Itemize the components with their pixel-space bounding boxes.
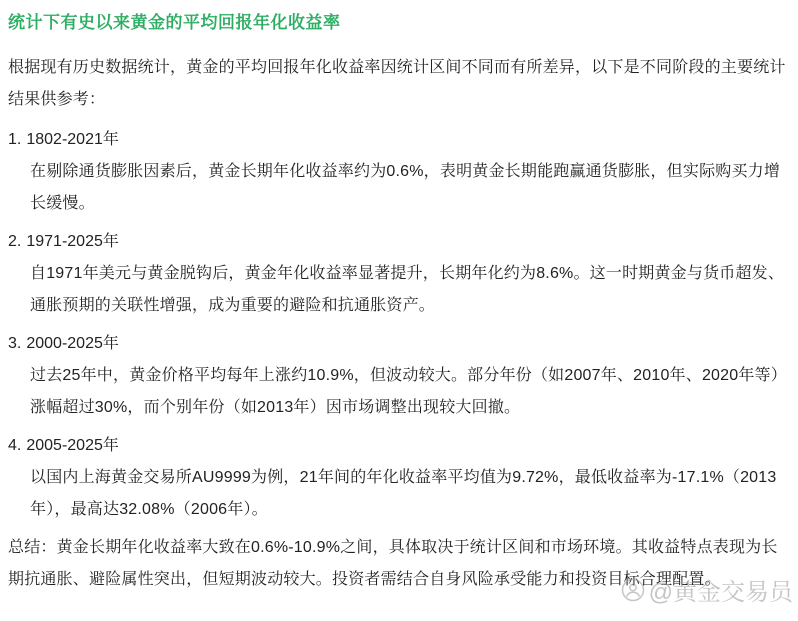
intro-paragraph: 根据现有历史数据统计，黄金的平均回报年化收益率因统计区间不同而有所差异，以下是不…	[8, 52, 790, 116]
list-item-detail: 在剔除通货膨胀因素后，黄金长期年化收益率约为0.6%，表明黄金长期能跑赢通货膨胀…	[8, 156, 790, 220]
list-item-heading: 1.1802-2021年	[8, 124, 790, 156]
summary-paragraph: 总结：黄金长期年化收益率大致在0.6%-10.9%之间，具体取决于统计区间和市场…	[8, 532, 790, 596]
list-item: 1.1802-2021年 在剔除通货膨胀因素后，黄金长期年化收益率约为0.6%，…	[8, 124, 790, 220]
list-item: 3.2000-2025年 过去25年中，黄金价格平均每年上涨约10.9%，但波动…	[8, 328, 790, 424]
list-item-detail: 以国内上海黄金交易所AU9999为例，21年间的年化收益率平均值为9.72%，最…	[8, 462, 790, 526]
list-item: 4.2005-2025年 以国内上海黄金交易所AU9999为例，21年间的年化收…	[8, 430, 790, 526]
list-item-period: 1971-2025年	[26, 233, 119, 250]
list-item-heading: 2.1971-2025年	[8, 226, 790, 258]
article: 统计下有史以来黄金的平均回报年化收益率 根据现有历史数据统计，黄金的平均回报年化…	[0, 0, 798, 596]
list-item-period: 1802-2021年	[26, 131, 119, 148]
list-item-heading: 3.2000-2025年	[8, 328, 790, 360]
page-title: 统计下有史以来黄金的平均回报年化收益率	[8, 10, 790, 36]
stats-list: 1.1802-2021年 在剔除通货膨胀因素后，黄金长期年化收益率约为0.6%，…	[8, 124, 790, 526]
list-item-period: 2000-2025年	[26, 335, 119, 352]
list-item-marker: 1.	[8, 124, 21, 156]
article-page: { "page": { "title": "统计下有史以来黄金的平均回报年化收益…	[0, 0, 798, 621]
list-item-marker: 4.	[8, 430, 21, 462]
list-item: 2.1971-2025年 自1971年美元与黄金脱钩后，黄金年化收益率显著提升，…	[8, 226, 790, 322]
list-item-marker: 3.	[8, 328, 21, 360]
list-item-period: 2005-2025年	[26, 437, 119, 454]
list-item-heading: 4.2005-2025年	[8, 430, 790, 462]
list-item-marker: 2.	[8, 226, 21, 258]
summary-label: 总结：	[8, 539, 57, 556]
list-item-detail: 过去25年中，黄金价格平均每年上涨约10.9%，但波动较大。部分年份（如2007…	[8, 360, 790, 424]
summary-text: 黄金长期年化收益率大致在0.6%-10.9%之间，具体取决于统计区间和市场环境。…	[8, 539, 778, 588]
list-item-detail: 自1971年美元与黄金脱钩后，黄金年化收益率显著提升，长期年化约为8.6%。这一…	[8, 258, 790, 322]
